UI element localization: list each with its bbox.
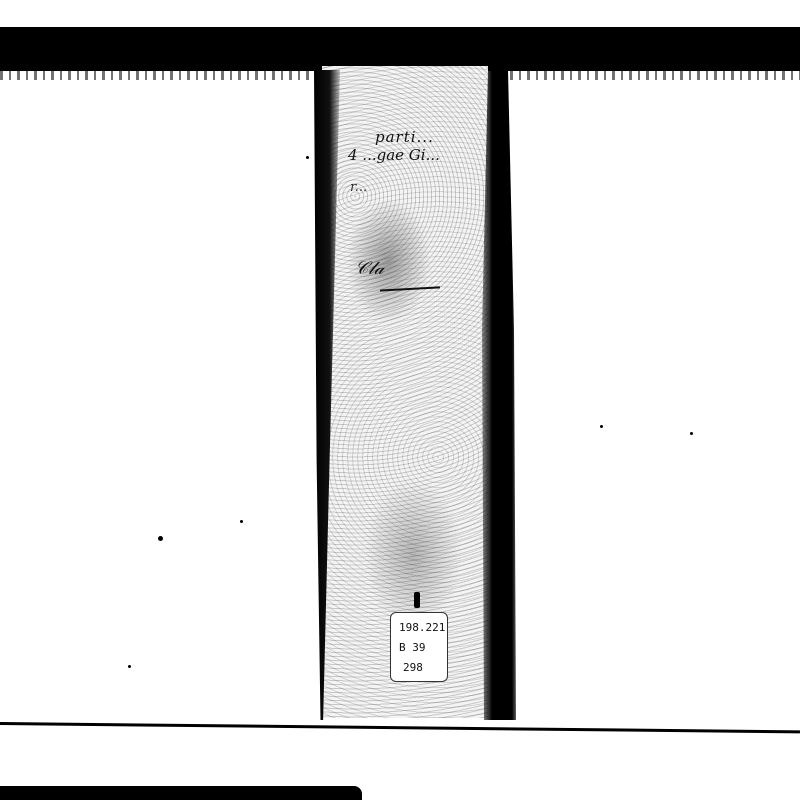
speckle (690, 432, 693, 435)
bottom-dark-strip (0, 786, 362, 800)
label-ink-mark (414, 592, 420, 608)
spine-handwriting-line-2: 4 ...gae Gi... (348, 146, 440, 164)
speckle (600, 425, 603, 428)
speckle (128, 665, 131, 668)
speckle (306, 156, 309, 159)
spine-handwriting-line-1: parti... (375, 128, 434, 146)
shelf-label-line-1: 198.221 (393, 621, 445, 634)
speckle (240, 520, 243, 523)
shelf-label-line-2: B 39 (393, 641, 445, 654)
scanned-page: parti... 4 ...gae Gi... r... 𝒞𝓁𝒶 198.221… (0, 0, 800, 800)
spine-handwriting-line-3: r... (350, 180, 367, 195)
shelf-edge-line (0, 722, 800, 733)
speckle (158, 536, 163, 541)
library-shelf-label: 198.221 B 39 298 (390, 612, 448, 682)
shelf-label-line-3: 298 (393, 661, 445, 674)
top-dark-band (0, 27, 800, 71)
spine-right-shadow (480, 70, 520, 720)
spine-handwriting-flourish: 𝒞𝓁𝒶 (355, 258, 384, 279)
